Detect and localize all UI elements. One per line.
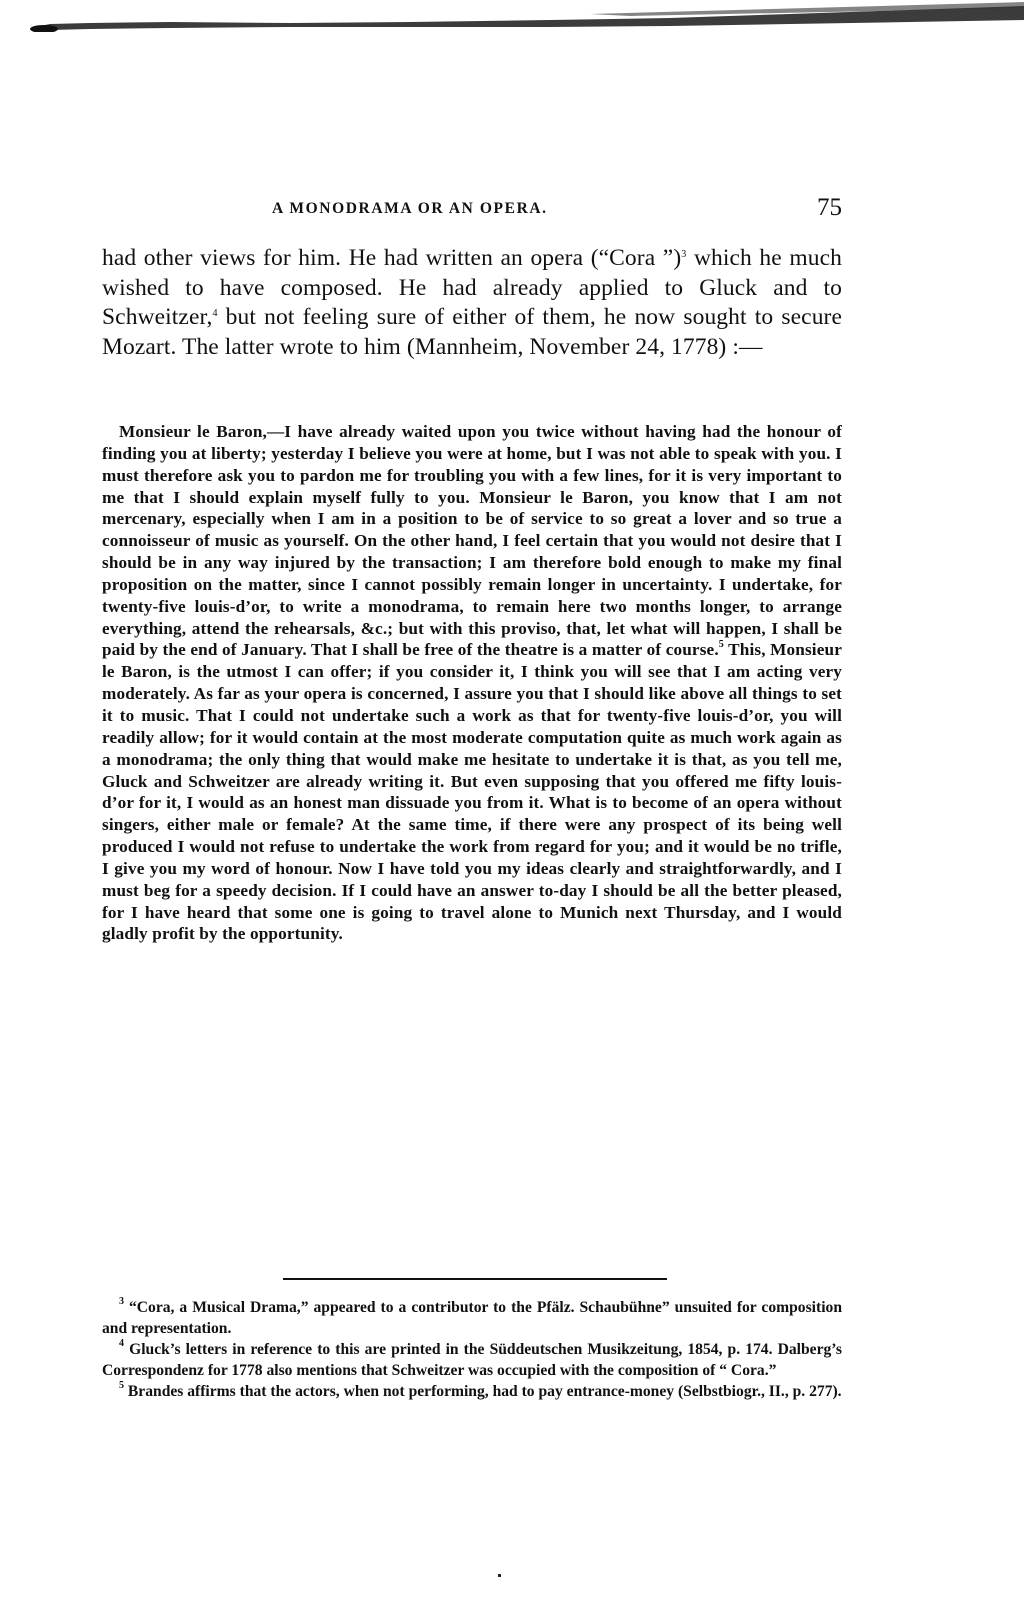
- footnote-4: 4 Gluck’s letters in reference to this a…: [102, 1339, 842, 1381]
- body-paragraph: had other views for him. He had written …: [102, 244, 842, 362]
- footnote-text: Brandes affirms that the actors, when no…: [124, 1383, 842, 1400]
- running-head: A MONODRAMA OR AN OPERA. 75: [102, 194, 842, 224]
- scan-edge-artifact: [30, 2, 1024, 32]
- letter-text-segment: This, Monsieur le Baron, is the utmost I…: [102, 640, 842, 943]
- footnote-5: 5 Brandes affirms that the actors, when …: [102, 1381, 842, 1402]
- footnote-text: “Cora, a Musical Drama,” appeared to a c…: [102, 1299, 842, 1337]
- scan-speck: [498, 1574, 501, 1577]
- footnote-text: Gluck’s letters in reference to this are…: [102, 1341, 842, 1379]
- letter-text-segment: Monsieur le Baron,—I have already waited…: [102, 422, 842, 659]
- footnote-3: 3 “Cora, a Musical Drama,” appeared to a…: [102, 1297, 842, 1339]
- footnote-divider: [283, 1278, 667, 1280]
- body-text-segment: had other views for him. He had written …: [102, 245, 681, 271]
- footnotes: 3 “Cora, a Musical Drama,” appeared to a…: [102, 1297, 842, 1402]
- running-title: A MONODRAMA OR AN OPERA.: [272, 200, 548, 218]
- page-number: 75: [817, 194, 842, 222]
- letter-quotation: Monsieur le Baron,—I have already waited…: [102, 421, 842, 945]
